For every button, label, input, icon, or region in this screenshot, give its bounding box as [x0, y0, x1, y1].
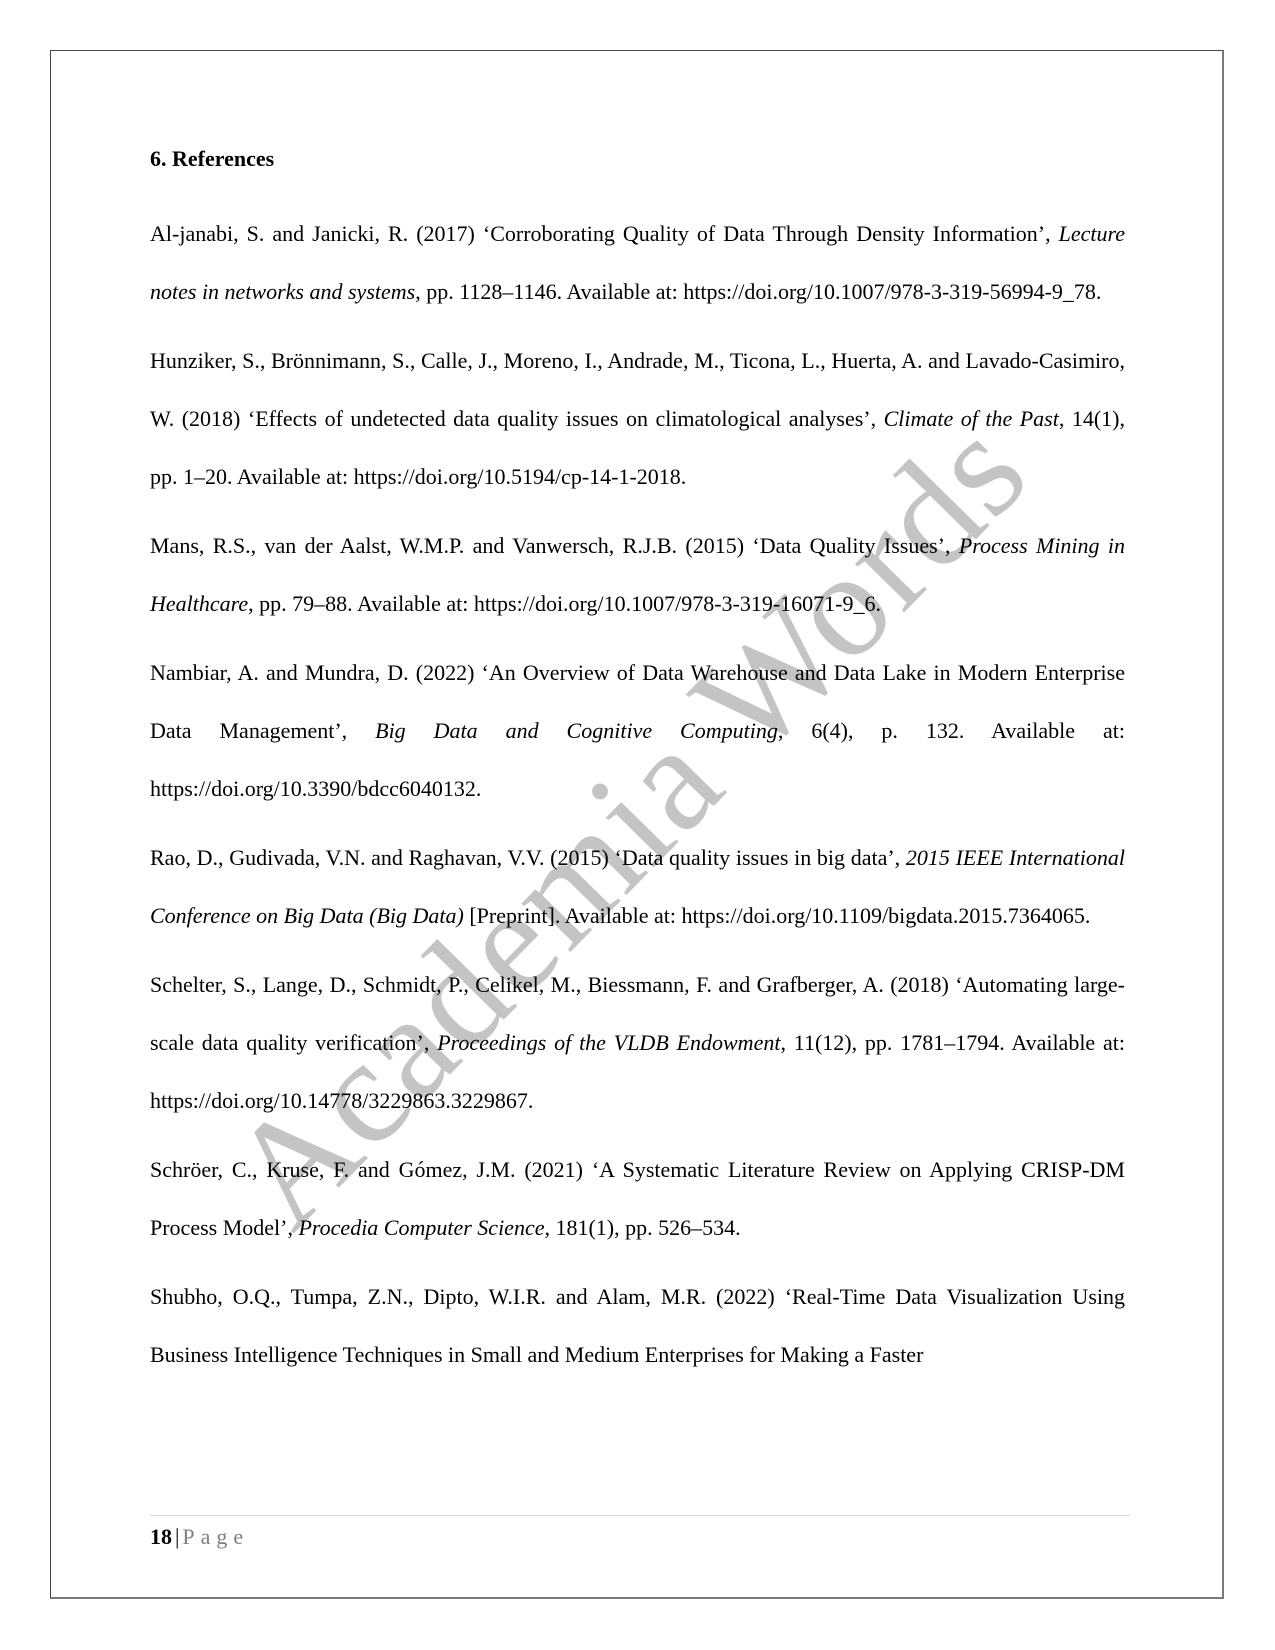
reference-text: Shubho, O.Q., Tumpa, Z.N., Dipto, W.I.R.… — [150, 1284, 1125, 1367]
reference-entry: Schröer, C., Kruse, F. and Gómez, J.M. (… — [150, 1141, 1125, 1257]
references-section: 6. References Al-janabi, S. and Janicki,… — [150, 144, 1125, 1395]
reference-entry: Schelter, S., Lange, D., Schmidt, P., Ce… — [150, 956, 1125, 1130]
page-number: 18 — [150, 1524, 172, 1549]
reference-source-title: Procedia Computer Science — [298, 1215, 544, 1240]
reference-text: Mans, R.S., van der Aalst, W.M.P. and Va… — [150, 533, 959, 558]
reference-source-title: Proceedings of the VLDB Endowment — [437, 1030, 780, 1055]
footer-separator: | — [175, 1524, 179, 1549]
reference-text: Al-janabi, S. and Janicki, R. (2017) ‘Co… — [150, 221, 1059, 246]
reference-text: , pp. 79–88. Available at: https://doi.o… — [248, 591, 881, 616]
reference-text: , 181(1), pp. 526–534. — [544, 1215, 740, 1240]
reference-entry: Hunziker, S., Brönnimann, S., Calle, J.,… — [150, 332, 1125, 506]
reference-text: , pp. 1128–1146. Available at: https://d… — [415, 279, 1101, 304]
reference-entry: Al-janabi, S. and Janicki, R. (2017) ‘Co… — [150, 205, 1125, 321]
page-label: Page — [182, 1524, 249, 1549]
reference-entry: Nambiar, A. and Mundra, D. (2022) ‘An Ov… — [150, 644, 1125, 818]
reference-entry: Rao, D., Gudivada, V.N. and Raghavan, V.… — [150, 829, 1125, 945]
section-heading: 6. References — [150, 144, 1125, 174]
reference-text: Rao, D., Gudivada, V.N. and Raghavan, V.… — [150, 845, 906, 870]
reference-entry: Shubho, O.Q., Tumpa, Z.N., Dipto, W.I.R.… — [150, 1268, 1125, 1384]
reference-list: Al-janabi, S. and Janicki, R. (2017) ‘Co… — [150, 205, 1125, 1384]
reference-text: [Preprint]. Available at: https://doi.or… — [464, 903, 1091, 928]
reference-source-title: Climate of the Past — [884, 406, 1059, 431]
footer-divider — [150, 1515, 1130, 1516]
reference-entry: Mans, R.S., van der Aalst, W.M.P. and Va… — [150, 517, 1125, 633]
page-footer: 18|Page — [150, 1522, 249, 1552]
reference-source-title: Big Data and Cognitive Computing — [375, 718, 778, 743]
